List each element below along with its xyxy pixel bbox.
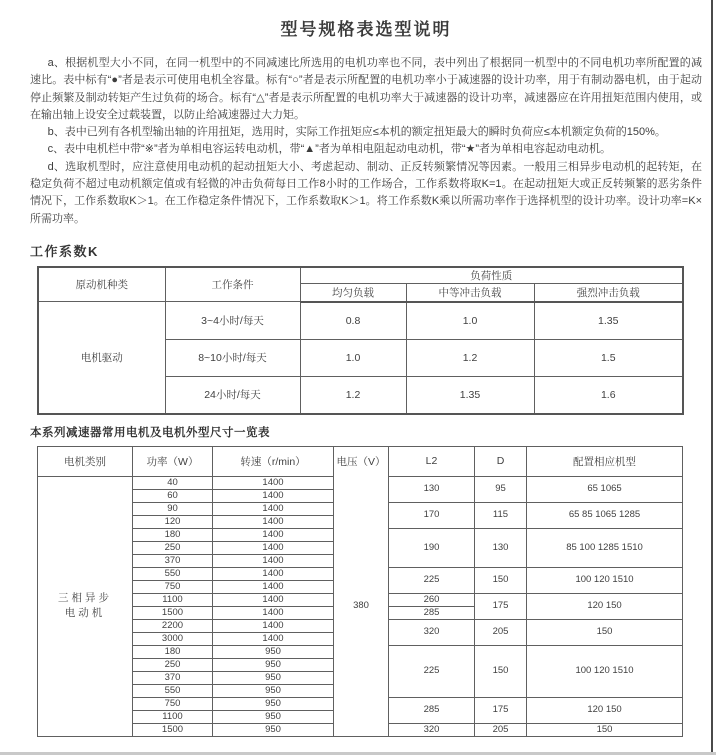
work-coefficient-table: 原动机种类 工作条件 负荷性质 均匀负载 中等冲击负载 强烈冲击负载 电机驱动 … — [37, 266, 684, 415]
l2-cell: 285 — [389, 697, 475, 723]
k-value-cell: 1.0 — [300, 339, 406, 376]
strong-shock-header-cell: 强烈冲击负载 — [534, 283, 683, 302]
d-cell: 130 — [475, 528, 527, 567]
k-value-cell: 1.0 — [406, 302, 534, 340]
note-a: a、根据机型大小不同，在同一机型中的不同减速比所选用的电机功率也不同，表中列出了… — [30, 55, 702, 124]
note-b: b、表中已列有各机型输出轴的许用扭矩，选用时，实际工作扭矩应≤本机的额定扭矩最大… — [30, 124, 702, 141]
speed-cell: 1400 — [213, 567, 334, 580]
d-cell: 205 — [475, 619, 527, 645]
power-cell: 1500 — [133, 723, 213, 736]
l2-header-cell: L2 — [389, 446, 475, 476]
models-cell: 150 — [527, 723, 683, 736]
power-cell: 370 — [133, 554, 213, 567]
motor-type-line1: 三相异步 — [38, 591, 132, 606]
power-cell: 1500 — [133, 606, 213, 619]
power-cell: 1100 — [133, 593, 213, 606]
prime-mover-cell: 电机驱动 — [38, 302, 165, 414]
d-cell: 115 — [475, 502, 527, 528]
page-edge-right — [711, 0, 713, 755]
models-cell: 120 150 — [527, 593, 683, 619]
l2-cell: 260 — [389, 593, 475, 606]
power-cell: 40 — [133, 476, 213, 489]
power-cell: 3000 — [133, 632, 213, 645]
speed-cell: 950 — [213, 645, 334, 658]
k-value-cell: 0.8 — [300, 302, 406, 340]
motor-type-cell: 三相异步 电动机 — [38, 476, 133, 736]
table-header-row: 原动机种类 工作条件 负荷性质 — [38, 267, 683, 284]
load-nature-header-cell: 负荷性质 — [300, 267, 683, 284]
work-condition-header-cell: 工作条件 — [165, 267, 300, 302]
speed-cell: 1400 — [213, 528, 334, 541]
d-cell: 150 — [475, 645, 527, 697]
power-cell: 90 — [133, 502, 213, 515]
k-value-cell: 1.5 — [534, 339, 683, 376]
table-row: 三相异步 电动机 40 1400 380 130 95 65 1065 — [38, 476, 683, 489]
motor-section-heading: 本系列减速器常用电机及电机外型尺寸一览表 — [30, 424, 702, 440]
speed-cell: 1400 — [213, 606, 334, 619]
speed-cell: 1400 — [213, 593, 334, 606]
table-row: 电机驱动 3~4小时/每天 0.8 1.0 1.35 — [38, 302, 683, 340]
speed-cell: 950 — [213, 658, 334, 671]
speed-cell: 950 — [213, 684, 334, 697]
speed-cell: 1400 — [213, 554, 334, 567]
d-header-cell: D — [475, 446, 527, 476]
l2-cell: 130 — [389, 476, 475, 502]
speed-cell: 1400 — [213, 502, 334, 515]
d-cell: 150 — [475, 567, 527, 593]
speed-cell: 950 — [213, 697, 334, 710]
power-cell: 550 — [133, 567, 213, 580]
power-cell: 120 — [133, 515, 213, 528]
l2-cell: 320 — [389, 723, 475, 736]
models-cell: 65 1065 — [527, 476, 683, 502]
l2-cell: 320 — [389, 619, 475, 645]
note-c: c、表中电机栏中带“※”者为单相电容运转电动机，带“▲”者为单相电阻起动电动机，… — [30, 141, 702, 158]
speed-cell: 1400 — [213, 515, 334, 528]
speed-cell: 1400 — [213, 619, 334, 632]
power-cell: 60 — [133, 489, 213, 502]
d-cell: 205 — [475, 723, 527, 736]
moderate-shock-header-cell: 中等冲击负载 — [406, 283, 534, 302]
models-cell: 100 120 1510 — [527, 567, 683, 593]
k-value-cell: 1.2 — [300, 376, 406, 414]
speed-cell: 1400 — [213, 476, 334, 489]
speed-cell: 1400 — [213, 541, 334, 554]
power-cell: 550 — [133, 684, 213, 697]
models-cell: 65 85 1065 1285 — [527, 502, 683, 528]
k-value-cell: 1.35 — [406, 376, 534, 414]
page-title: 型号规格表选型说明 — [30, 15, 702, 40]
l2-cell: 225 — [389, 645, 475, 697]
voltage-cell: 380 — [334, 476, 389, 736]
note-d: d、选取机型时，应注意使用电动机的起动扭矩大小、考虑起动、制动、正反转频繁情况等… — [30, 159, 702, 228]
power-cell: 2200 — [133, 619, 213, 632]
power-cell: 750 — [133, 697, 213, 710]
models-cell: 120 150 — [527, 697, 683, 723]
power-header-cell: 功率（W） — [133, 446, 213, 476]
l2-cell: 225 — [389, 567, 475, 593]
k-section-heading: 工作系数K — [30, 241, 702, 260]
k-value-cell: 1.6 — [534, 376, 683, 414]
condition-cell: 24小时/每天 — [165, 376, 300, 414]
condition-cell: 8~10小时/每天 — [165, 339, 300, 376]
d-cell: 95 — [475, 476, 527, 502]
power-cell: 1100 — [133, 710, 213, 723]
power-cell: 180 — [133, 528, 213, 541]
power-cell: 750 — [133, 580, 213, 593]
page-content: 型号规格表选型说明 a、根据机型大小不同，在同一机型中的不同减速比所选用的电机功… — [30, 0, 702, 737]
power-cell: 250 — [133, 541, 213, 554]
l2-cell: 190 — [389, 528, 475, 567]
speed-header-cell: 转速（r/min） — [213, 446, 334, 476]
motor-type-header-cell: 电机类别 — [38, 446, 133, 476]
speed-cell: 1400 — [213, 632, 334, 645]
prime-mover-header-cell: 原动机种类 — [38, 267, 165, 302]
power-cell: 180 — [133, 645, 213, 658]
models-header-cell: 配置相应机型 — [527, 446, 683, 476]
speed-cell: 1400 — [213, 489, 334, 502]
models-cell: 150 — [527, 619, 683, 645]
l2-cell: 285 — [389, 606, 475, 619]
motor-type-line2: 电动机 — [38, 606, 132, 621]
table-header-row: 电机类别 功率（W） 转速（r/min） 电压（V） L2 D 配置相应机型 — [38, 446, 683, 476]
speed-cell: 950 — [213, 723, 334, 736]
power-cell: 250 — [133, 658, 213, 671]
models-cell: 100 120 1510 — [527, 645, 683, 697]
l2-cell: 170 — [389, 502, 475, 528]
voltage-header-cell: 电压（V） — [334, 446, 389, 476]
condition-cell: 3~4小时/每天 — [165, 302, 300, 340]
selection-notes: a、根据机型大小不同，在同一机型中的不同减速比所选用的电机功率也不同，表中列出了… — [30, 55, 702, 228]
d-cell: 175 — [475, 697, 527, 723]
speed-cell: 950 — [213, 671, 334, 684]
uniform-load-header-cell: 均匀负载 — [300, 283, 406, 302]
k-value-cell: 1.35 — [534, 302, 683, 340]
d-cell: 175 — [475, 593, 527, 619]
speed-cell: 950 — [213, 710, 334, 723]
power-cell: 370 — [133, 671, 213, 684]
motor-dimension-table: 电机类别 功率（W） 转速（r/min） 电压（V） L2 D 配置相应机型 三… — [37, 446, 683, 737]
k-value-cell: 1.2 — [406, 339, 534, 376]
speed-cell: 1400 — [213, 580, 334, 593]
models-cell: 85 100 1285 1510 — [527, 528, 683, 567]
